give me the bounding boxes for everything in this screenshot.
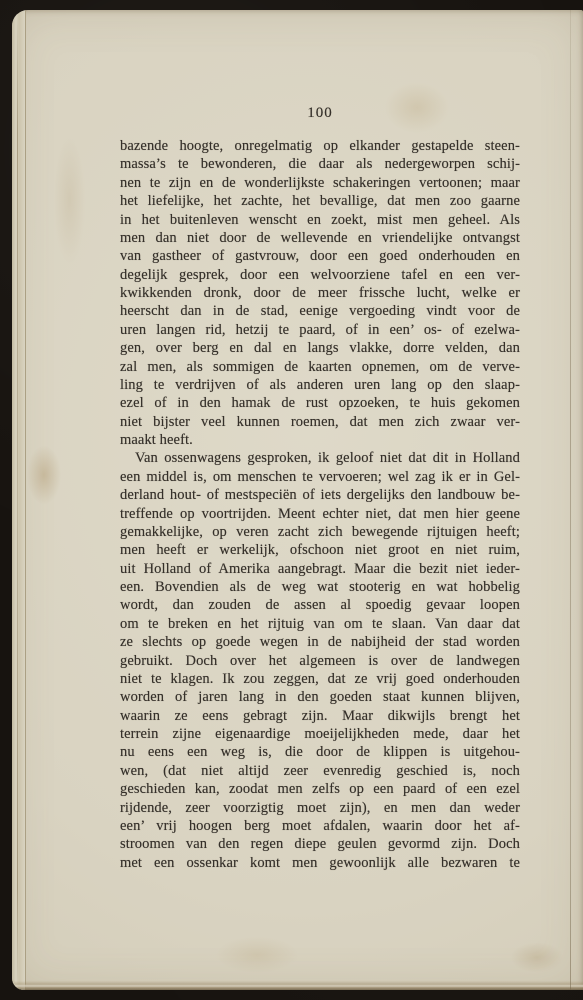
paper-stain (212, 935, 302, 975)
scanned-book-photo: { "colors": { "background": "#17130f", "… (0, 0, 583, 1000)
text-line: waarin ze eens gebragt zijn. Maar dikwij… (120, 707, 520, 725)
text-block: bazende hoogte, onregelmatig op elkander… (120, 137, 520, 872)
text-line: bazende hoogte, onregelmatig op elkander… (120, 137, 520, 155)
page-bottom-edge (14, 981, 583, 990)
text-line: niet te klagen. Ik zou zeggen, dat ze vr… (120, 670, 520, 688)
text-line: uren langen rid, hetzij te paard, of in … (120, 321, 520, 339)
text-line: gebruikt. Doch over het algemeen is over… (120, 652, 520, 670)
text-line: geschieden kan, zoodat men zelfs op een … (120, 780, 520, 798)
text-line: nu eens een weg is, die door de klippen … (120, 743, 520, 761)
text-line: gen, over berg en dal en langs vlakke, d… (120, 339, 520, 357)
text-line: heerscht dan in de stad, eenige vergoedi… (120, 302, 520, 320)
book-page: 100 bazende hoogte, onregelmatig op elka… (12, 10, 583, 990)
text-line: degelijk gesprek, door een welvoorziene … (120, 266, 520, 284)
text-line: rijdende, zeer voorzigtig moet zijn), en… (120, 799, 520, 817)
text-line: derland hout- of mestspeciën of iets der… (120, 486, 520, 504)
text-line: wordt, dan zouden de assen al spoedig ge… (120, 596, 520, 614)
text-line: kwikkenden dronk, door de meer frissche … (120, 284, 520, 302)
text-line: maakt heeft. (120, 431, 520, 449)
text-line: om te breken en het rijtuig van om te sl… (120, 615, 520, 633)
text-line: uit Holland of Amerika aangebragt. Maar … (120, 560, 520, 578)
text-line: een middel is, om menschen te vervoeren;… (120, 468, 520, 486)
text-line: terrein zijne eigenaardige moeijelijkhed… (120, 725, 520, 743)
text-line: ezel of in den hamak de rust opzoeken, t… (120, 394, 520, 412)
text-line: van gastheer of gastvrouw, door een goed… (120, 247, 520, 265)
page-edge-line (17, 18, 18, 984)
text-line: men dan niet door de wellevende en vrien… (120, 229, 520, 247)
text-line: ze slechts op goede wegen in de nabijhei… (120, 633, 520, 651)
text-line: wen, (dat niet altijd zeer evenredig ges… (120, 762, 520, 780)
text-line: nen te zijn en de wonderlijkste schakeri… (120, 174, 520, 192)
text-line: zal men, als sommigen de kaarten opnemen… (120, 358, 520, 376)
text-line: niet bijster veel kunnen roemen, dat men… (120, 413, 520, 431)
text-line: een’ vrij hoogen berg moet afdalen, waar… (120, 817, 520, 835)
text-line: stroomen van den regen diepe geulen gevo… (120, 835, 520, 853)
paper-stain (507, 940, 567, 975)
page-number: 100 (120, 105, 520, 122)
paper-stain (24, 440, 64, 510)
text-line: gemakkelijke, op veren zacht zich bewege… (120, 523, 520, 541)
page-fore-edge (12, 10, 26, 990)
text-line: een. Bovendien als de weg wat stooterig … (120, 578, 520, 596)
text-line: massa’s te bewonderen, die daar als nede… (120, 155, 520, 173)
text-line: ling te verdrijven of als anderen uren l… (120, 376, 520, 394)
text-line: Van ossenwagens gesproken, ik geloof nie… (120, 449, 520, 467)
text-line: in het buitenleven wenscht en zoekt, mis… (120, 211, 520, 229)
text-line: het liefelijke, het zachte, het bevallig… (120, 192, 520, 210)
text-line: met een ossenkar komt men gewoonlijk all… (120, 854, 520, 872)
text-line: worden of jaren lang in den goeden staat… (120, 688, 520, 706)
text-line: men heeft er werkelijk, ofschoon niet gr… (120, 541, 520, 559)
text-line: treffende op voortrijden. Meent echter n… (120, 505, 520, 523)
page-seam (570, 10, 571, 990)
paper-stain (52, 130, 87, 270)
